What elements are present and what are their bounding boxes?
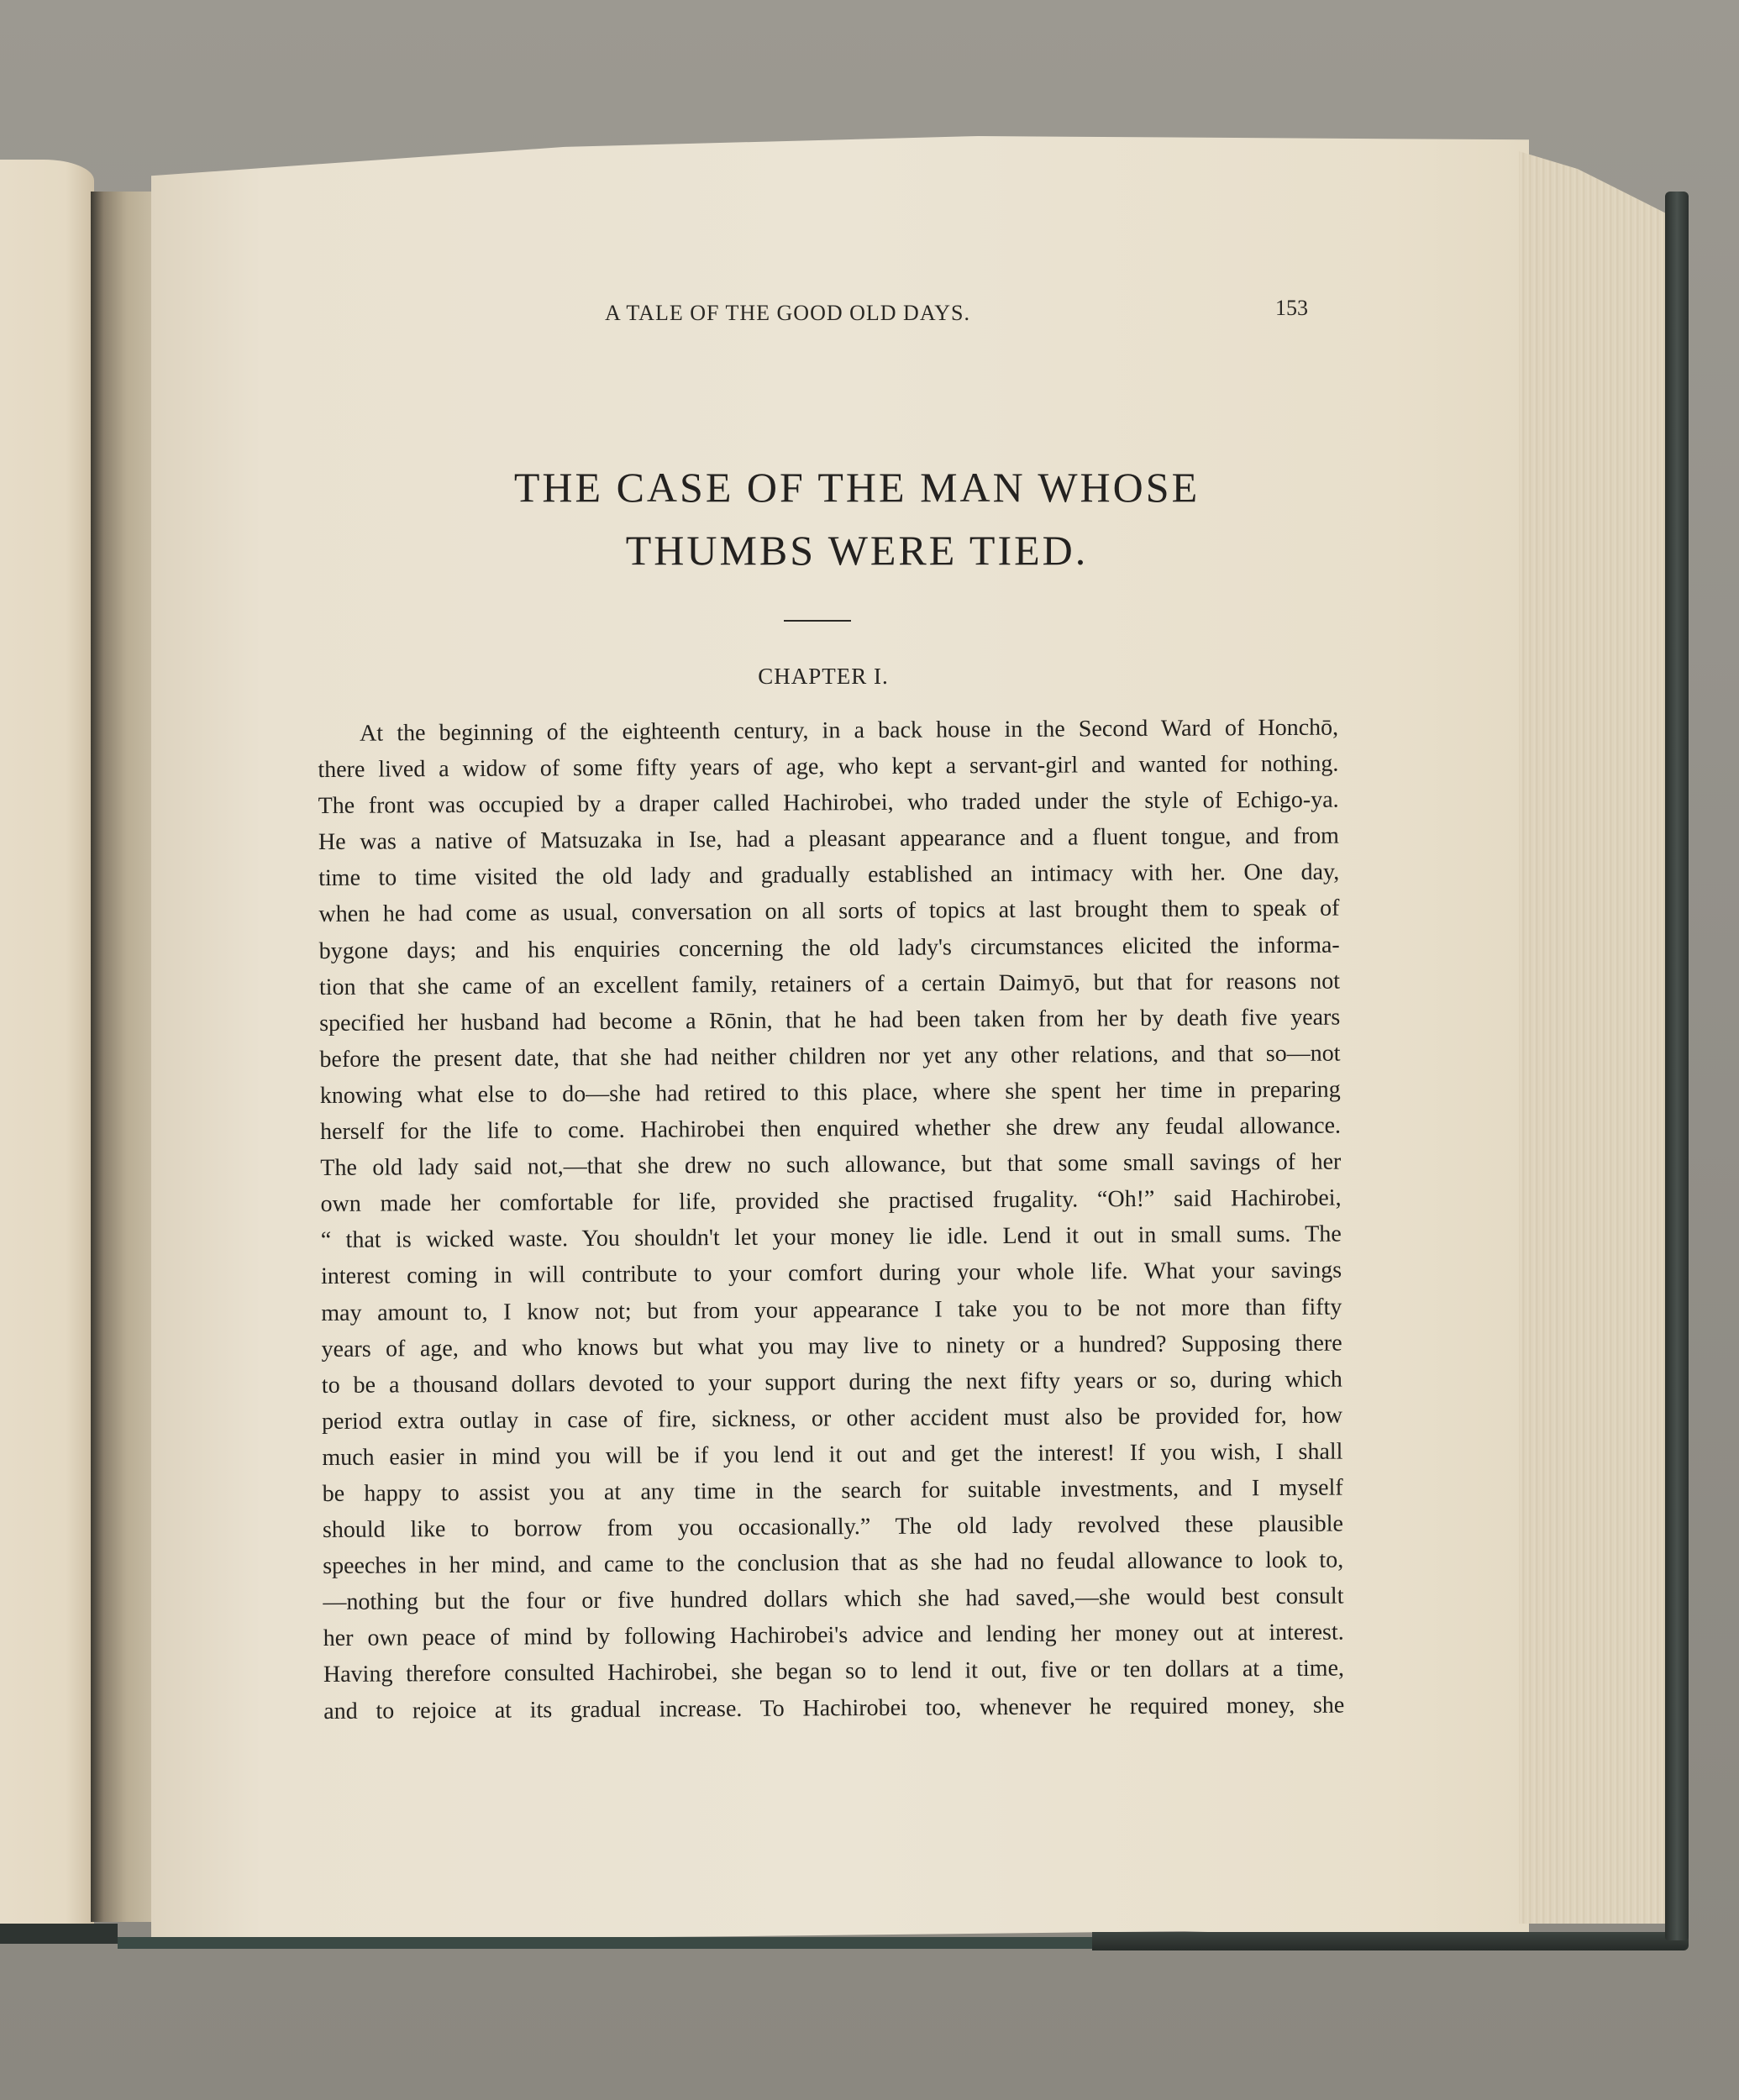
body-line: specified her husband had become a Rōnin…	[319, 999, 1340, 1042]
body-line: The front was occupied by a draper calle…	[318, 782, 1339, 825]
body-line: her own peace of mind by following Hachi…	[323, 1614, 1344, 1657]
page-number: 153	[1275, 296, 1308, 321]
chapter-heading: CHAPTER I.	[731, 664, 916, 690]
book-gutter	[91, 192, 156, 1922]
body-line: should like to borrow from you occasiona…	[323, 1506, 1343, 1549]
chapter-title-line-2: THUMBS WERE TIED.	[353, 529, 1361, 571]
body-line: knowing what else to do—she had retired …	[320, 1072, 1341, 1115]
body-line: —nothing but the four or five hundred do…	[323, 1578, 1343, 1621]
body-line: He was a native of Matsuzaka in Ise, had…	[318, 818, 1339, 861]
body-line: before the present date, that she had ne…	[319, 1035, 1340, 1078]
body-line: “ that is wicked waste. You shouldn't le…	[321, 1216, 1342, 1259]
body-line: period extra outlay in case of fire, sic…	[322, 1397, 1342, 1440]
body-line: and to rejoice at its gradual increase. …	[323, 1687, 1344, 1730]
body-line: interest coming in will contribute to yo…	[321, 1252, 1342, 1295]
body-line: Having therefore consulted Hachirobei, s…	[323, 1651, 1344, 1693]
body-line: may amount to, I know not; but from your…	[321, 1289, 1342, 1331]
body-line: time to time visited the old lady and gr…	[318, 854, 1339, 897]
body-line: years of age, and who knows but what you…	[321, 1325, 1342, 1368]
left-page-edge	[0, 160, 94, 1940]
body-line: speeches in her mind, and came to the co…	[323, 1542, 1343, 1585]
cover-side-edge	[1665, 192, 1689, 1940]
book-scan: A TALE OF THE GOOD OLD DAYS. 153 THE CAS…	[0, 0, 1739, 2100]
body-line: tion that she came of an excellent famil…	[319, 963, 1340, 1005]
cover-bottom-edge-left	[118, 1937, 1101, 1949]
body-line: herself for the life to come. Hachirobei…	[320, 1108, 1341, 1151]
body-line: own made her comfortable for life, provi…	[320, 1180, 1341, 1223]
left-cover-edge	[0, 1924, 118, 1944]
body-line: At the beginning of the eighteenth centu…	[318, 710, 1338, 753]
running-head: A TALE OF THE GOOD OLD DAYS.	[605, 301, 970, 326]
body-line: be happy to assist you at any time in th…	[323, 1470, 1343, 1513]
page-edges-stack	[1519, 151, 1666, 1924]
body-line: bygone days; and his enquiries concernin…	[319, 927, 1340, 969]
body-line: much easier in mind you will be if you l…	[322, 1433, 1342, 1476]
chapter-title-line-1: THE CASE OF THE MAN WHOSE	[353, 466, 1361, 508]
body-line: The old lady said not,—that she drew no …	[320, 1144, 1341, 1187]
body-line: there lived a widow of some fifty years …	[318, 746, 1338, 789]
body-text: At the beginning of the eighteenth centu…	[318, 710, 1344, 1730]
title-rule-divider	[784, 620, 851, 622]
body-line: to be a thousand dollars devoted to your…	[322, 1361, 1342, 1404]
cover-bottom-edge	[1092, 1932, 1689, 1950]
body-line: when he had come as usual, conversation …	[318, 890, 1339, 933]
